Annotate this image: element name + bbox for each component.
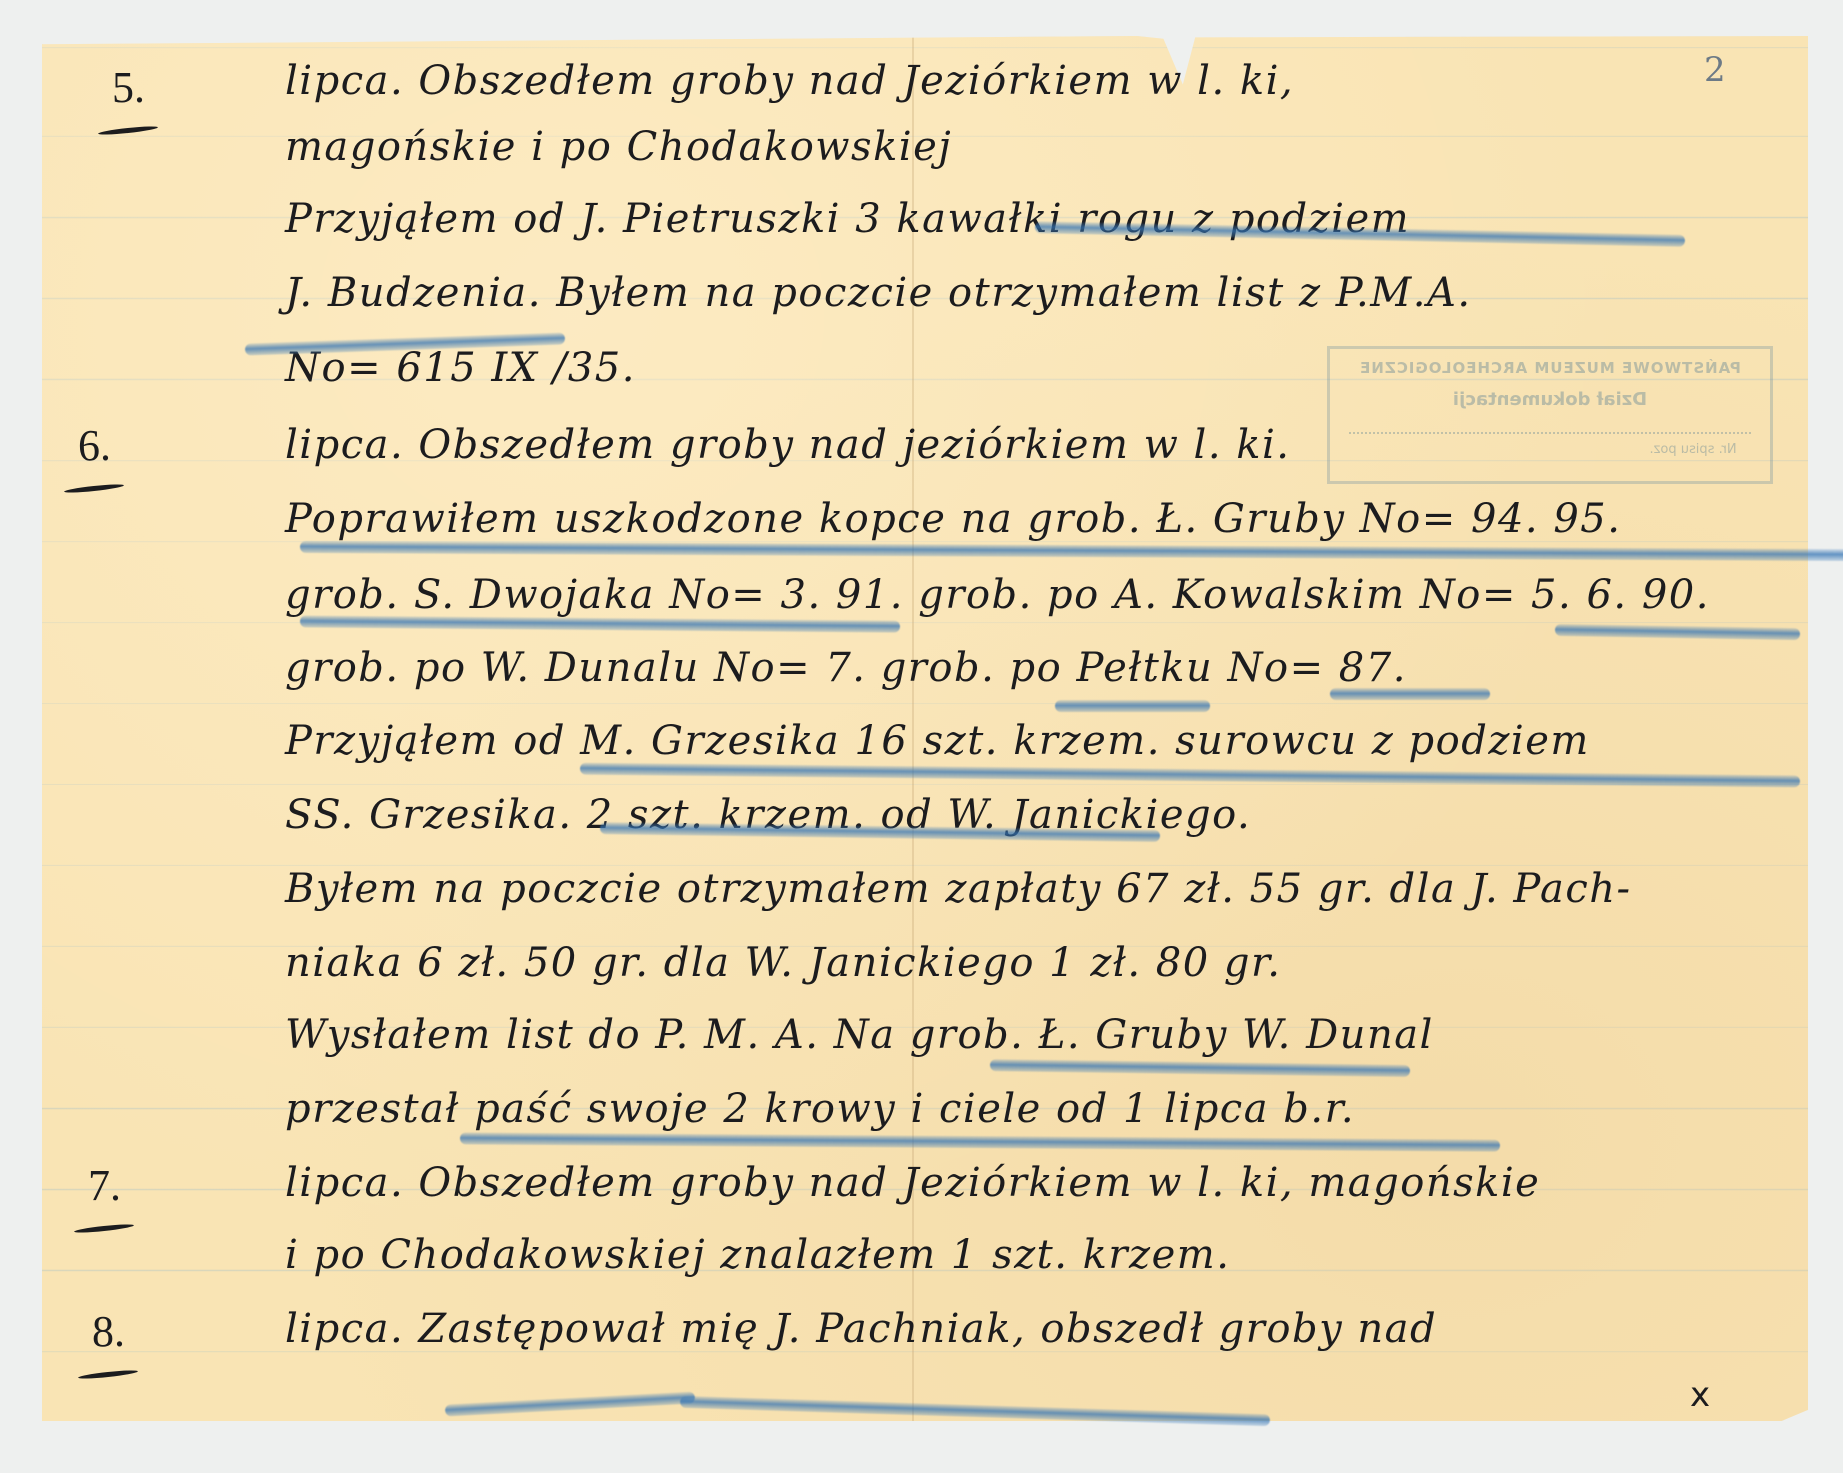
entry-7-line-1: lipca. Obszedłem groby nad Jeziórkiem w … — [285, 1160, 1540, 1206]
entry-7-line-2: i po Chodakowskiej znalazłem 1 szt. krze… — [285, 1232, 1230, 1278]
stamp-inventory: Nr. spisu poz. — [1349, 432, 1750, 457]
entry-6-line-10: przestał paść swoje 2 krowy i ciele od 1… — [285, 1086, 1355, 1132]
margin-x-mark: x — [1690, 1375, 1710, 1415]
page-number: 2 — [1704, 50, 1726, 90]
entry-6-line-3: grob. S. Dwojaka No= 3. 91. grob. po A. … — [285, 572, 1710, 618]
entry-6-line-5: Przyjąłem od M. Grzesika 16 szt. krzem. … — [285, 718, 1590, 764]
entry-5-line-4: J. Budzenia. Byłem na poczcie otrzymałem… — [285, 270, 1472, 316]
entry-8-line-1: lipca. Zastępował mię J. Pachniak, obsze… — [285, 1306, 1437, 1352]
entry-number-5: 5. — [112, 62, 145, 113]
entry-6-line-4: grob. po W. Dunalu No= 7. grob. po Pełtk… — [285, 645, 1407, 691]
stamp-department: Dział dokumentacji — [1330, 389, 1770, 410]
crayon-underline — [1055, 700, 1210, 712]
entry-number-8: 8. — [92, 1306, 125, 1357]
crayon-underline — [1330, 688, 1490, 700]
entry-6-line-2: Poprawiłem uszkodzone kopce na grob. Ł. … — [285, 496, 1621, 542]
stamp-institution: PAŃSTWOWE MUZEUM ARCHEOLOGICZNE — [1330, 359, 1770, 377]
entry-5-line-2: magońskie i po Chodakowskiej — [285, 124, 952, 170]
entry-number-6: 6. — [78, 420, 111, 471]
entry-6-line-9: Wysłałem list do P. M. A. Na grob. Ł. Gr… — [285, 1012, 1434, 1058]
entry-6-line-7: Byłem na poczcie otrzymałem zapłaty 67 z… — [285, 866, 1632, 912]
entry-5-line-1: lipca. Obszedłem groby nad Jeziórkiem w … — [285, 58, 1294, 104]
entry-6-line-8: niaka 6 zł. 50 gr. dla W. Janickiego 1 z… — [285, 940, 1281, 986]
entry-number-7: 7. — [88, 1160, 121, 1211]
entry-6-line-1: lipca. Obszedłem groby nad jeziórkiem w … — [285, 422, 1291, 468]
archive-stamp: PAŃSTWOWE MUZEUM ARCHEOLOGICZNE Dział do… — [1327, 346, 1773, 484]
